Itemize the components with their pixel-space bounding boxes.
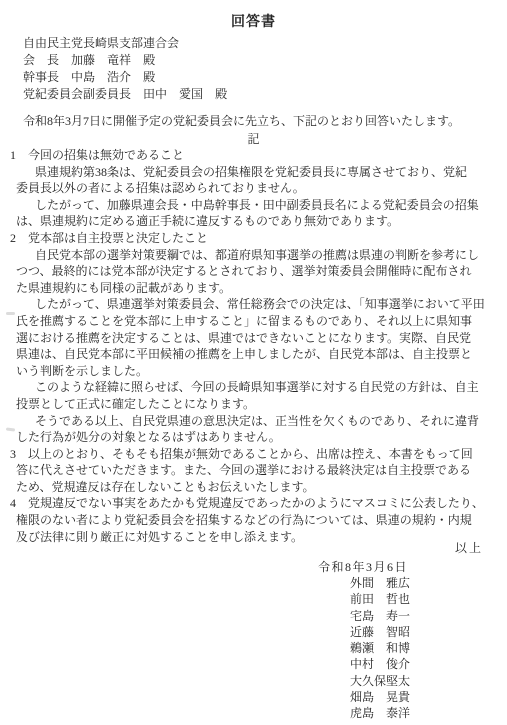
document-date: 令和8年3月6日 bbox=[318, 558, 408, 575]
recipient-honorific: 殿 bbox=[143, 70, 155, 84]
recipient-spacer bbox=[131, 87, 143, 101]
body-line: 2 党本部は自主投票と決定したこと bbox=[0, 230, 507, 247]
body-line: いう判断を示しました。 bbox=[0, 363, 507, 380]
recipient-line: 党紀委員会副委員長 田中 愛国 殿 bbox=[23, 86, 227, 103]
body-line: したがって、加藤県連会長・中島幹事長・田中副委員長名による党紀委員会の招集 bbox=[0, 197, 507, 214]
body-line: つつ、最終的には党本部が決定するとされており、選挙対策委員会開催時に配布され bbox=[0, 263, 507, 280]
body-line: た県連規約にも同様の記載があります。 bbox=[0, 280, 507, 297]
recipient-spacer bbox=[131, 53, 143, 67]
recipient-name: 田中 愛国 bbox=[143, 87, 203, 101]
document-title: 回答書 bbox=[0, 11, 507, 31]
recipient-honorific: 殿 bbox=[215, 87, 227, 101]
recipient-list: 会 長 加藤 竜祥 殿 幹事長 中島 浩介 殿 党紀委員会副委員長 田中 愛国 … bbox=[23, 52, 227, 103]
record-marker: 記 bbox=[0, 130, 507, 147]
recipient-line: 会 長 加藤 竜祥 殿 bbox=[23, 52, 227, 69]
recipient-role: 党紀委員会副委員長 bbox=[23, 87, 131, 101]
recipient-spacer bbox=[59, 70, 71, 84]
signatory-name: 前田 哲也 bbox=[350, 591, 410, 607]
signatory-name: 大久保堅太 bbox=[350, 673, 410, 689]
signatory-name: 中村 俊介 bbox=[350, 656, 410, 672]
body-line: そうである以上、自民党県連の意思決定は、正当性を欠くものであり、それに違背 bbox=[0, 413, 507, 430]
signatory-list: 外間 雅広 前田 哲也 宅島 寿一 近藤 智昭 鵜瀬 和博 中村 俊介 大久保堅… bbox=[350, 575, 410, 722]
document-page: 回答書 自由民主党長崎県支部連合会 会 長 加藤 竜祥 殿 幹事長 中島 浩介 … bbox=[0, 0, 507, 725]
recipient-line: 幹事長 中島 浩介 殿 bbox=[23, 69, 227, 86]
body-line: 県連は、自民党本部に平田候補の推薦を上申しましたが、自民党本部は、自主投票と bbox=[0, 346, 507, 363]
recipient-honorific: 殿 bbox=[143, 53, 155, 67]
body-line: は、県連規約に定める適正手続に違反するものであり無効であります。 bbox=[0, 213, 507, 230]
body-line: したがって、県連選挙対策委員会、常任総務会での決定は、「知事選挙において平田 bbox=[0, 296, 507, 313]
body-line: 県連規約第38条は、党紀委員会の招集権限を党紀委員長に専属させており、党紀 bbox=[0, 164, 507, 181]
recipient-block: 自由民主党長崎県支部連合会 会 長 加藤 竜祥 殿 幹事長 中島 浩介 殿 党紀… bbox=[23, 35, 227, 103]
body-line: 答に代えさせていただきます。また、今回の選挙における最終決定は自主投票である bbox=[0, 462, 507, 479]
signatory-name: 宅島 寿一 bbox=[350, 608, 410, 624]
recipient-spacer bbox=[59, 53, 71, 67]
signatory-name: 虎島 泰洋 bbox=[350, 705, 410, 721]
recipient-role: 会 長 bbox=[23, 53, 59, 67]
signatory-name: 近藤 智昭 bbox=[350, 624, 410, 640]
signatory-name: 鵜瀬 和博 bbox=[350, 640, 410, 656]
intro-line: 令和8年3月7日に開催予定の党紀委員会に先立ち、下記のとおり回答いたします。 bbox=[23, 112, 460, 129]
recipient-role: 幹事長 bbox=[23, 70, 59, 84]
body-line: このような経緯に照らせば、今回の長崎県知事選挙に対する自民党の方針は、自主 bbox=[0, 379, 507, 396]
body-line: ため、党規違反は存在しないこともお伝えいたします。 bbox=[0, 479, 507, 496]
recipient-spacer bbox=[131, 70, 143, 84]
body-line: 及び法律に則り厳正に対処することを申し添えます。 bbox=[0, 529, 507, 546]
body-line: 委員長以外の者による招集は認められておりません。 bbox=[0, 180, 507, 197]
recipient-org: 自由民主党長崎県支部連合会 bbox=[23, 35, 227, 52]
body-line: 選における推薦を決定することは、県連ではできないことになります。実際、自民党 bbox=[0, 330, 507, 347]
recipient-spacer bbox=[203, 87, 215, 101]
body-text: 1 今回の招集は無効であること 県連規約第38条は、党紀委員会の招集権限を党紀委… bbox=[0, 147, 507, 545]
body-line: 1 今回の招集は無効であること bbox=[0, 147, 507, 164]
signatory-name: 畑島 晃貴 bbox=[350, 689, 410, 705]
recipient-name: 中島 浩介 bbox=[71, 70, 131, 84]
body-line: 3 以上のとおり、そもそも招集が無効であることから、出席は控え、本書をもって回 bbox=[0, 446, 507, 463]
closing-marker: 以上 bbox=[455, 539, 483, 556]
signatory-name: 外間 雅広 bbox=[350, 575, 410, 591]
recipient-name: 加藤 竜祥 bbox=[71, 53, 131, 67]
body-line: 氏を推薦することを党本部に上申すること」に留まるものであり、それ以上に県知事 bbox=[0, 313, 507, 330]
body-line: 権限のない者により党紀委員会を招集するなどの行為については、県連の規約・内規 bbox=[0, 512, 507, 529]
body-line: した行為が処分の対象となるはずはありません。 bbox=[0, 429, 507, 446]
body-line: 自民党本部の選挙対策要綱では、都道府県知事選挙の推薦は県連の判断を参考にし bbox=[0, 247, 507, 264]
body-line: 4 党規違反でない事実をあたかも党規違反であったかのようにマスコミに公表したり、 bbox=[0, 495, 507, 512]
body-line: 投票として正式に確定したことになります。 bbox=[0, 396, 507, 413]
